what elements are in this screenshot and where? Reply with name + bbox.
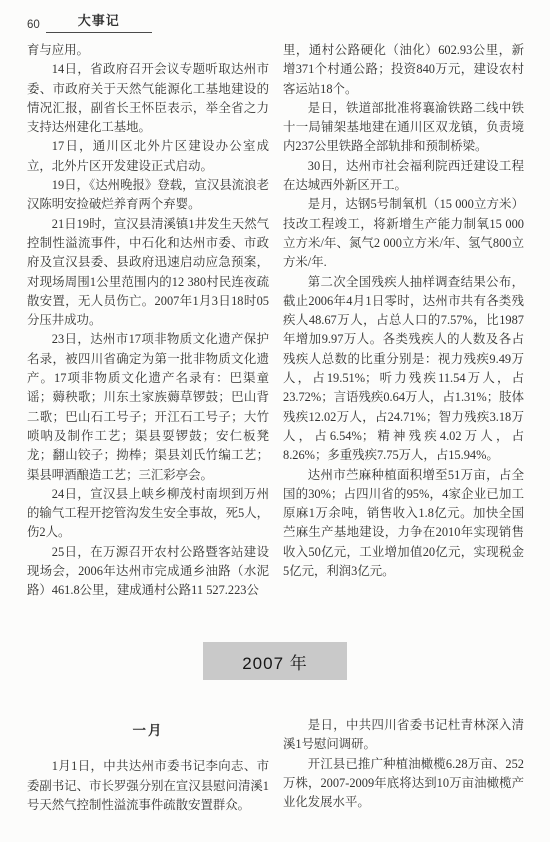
paragraph: 19日，《达州晚报》登载，宣汉县流浪老汉陈明安捡破烂养育两个弃婴。 [27,176,269,215]
paragraph-continuation: 里，通村公路硬化（油化）602.93公里，新增371个村通公路；投资840万元，… [283,41,524,99]
paragraph: 第二次全国残疾人抽样调查结果公布，截止2006年4月1日零时，达州市共有各类残疾… [283,273,524,466]
paragraph: 17日，通川区北外片区建设办公室成立，北外片区开发建设正式启动。 [27,137,269,176]
paragraph: 24日，宣汉县上峡乡柳茂村南坝到万州的输气工程开挖管沟发生安全事故，死5人，伤2… [27,485,269,543]
paragraph-continuation: 育与应用。 [27,41,269,60]
paragraph: 达州市苎麻种植面积增至51万亩，占全国的30%；占四川省的95%，4家企业已加工… [283,466,524,582]
paragraph: 是月，达钢5号制氧机（15 000立方米）技改工程竣工，将新增生产能力制氧15 … [283,195,524,272]
paragraph: 30日，达州市社会福利院西迁建设工程在达城西外新区开工。 [283,157,524,196]
right-column-top: 里，通村公路硬化（油化）602.93公里，新增371个村通公路；投资840万元，… [283,41,524,581]
month-heading: 一月 [27,721,269,740]
header-rule: 大事记 [46,10,152,33]
page-number: 60 [27,19,40,33]
paragraph: 14日，省政府召开会议专题听取达州市委、市政府关于天然气能源化工基地建设的情况汇… [27,60,269,137]
paragraph: 1月1日，中共达州市委书记李向志、市委副书记、市长罗强分别在宣汉县慰问清溪1号天… [27,757,269,815]
year-divider-2007: 2007 年 [203,642,347,680]
paragraph: 25日，在万源召开农村公路暨客站建设现场会，2006年达州市完成通乡油路（水泥路… [27,543,269,601]
year-divider-label: 2007 年 [242,649,308,674]
header-title: 大事记 [78,13,120,28]
left-column-bottom: 一月 1月1日，中共达州市委书记李向志、市委副书记、市长罗强分别在宣汉县慰问清溪… [27,721,269,815]
paragraph: 开江县已推广种植油橄榄6.28万亩、252万株，2007-2009年底将达到10… [283,755,524,813]
paragraph: 21日19时，宣汉县清溪镇1井发生天然气控制性溢流事件，中石化和达州市委、市政府… [27,215,269,331]
left-column-top: 育与应用。 14日，省政府召开会议专题听取达州市委、市政府关于天然气能源化工基地… [27,41,269,601]
right-column-bottom: 是日，中共四川省委书记杜青林深入清溪1号慰问调研。 开江县已推广种植油橄榄6.2… [283,716,524,812]
paragraph: 23日，达州市17项非物质文化遗产保护名录，被四川省确定为第一批非物质文化遗产。… [27,330,269,484]
paragraph: 是日，中共四川省委书记杜青林深入清溪1号慰问调研。 [283,716,524,755]
document-page: 60 大事记 育与应用。 14日，省政府召开会议专题听取达州市委、市政府关于天然… [0,0,550,842]
running-header: 60 大事记 [27,13,152,33]
paragraph: 是日，铁道部批准将襄渝铁路二线中铁十一局铺架基地建在通川区双龙镇，负责境内237… [283,99,524,157]
